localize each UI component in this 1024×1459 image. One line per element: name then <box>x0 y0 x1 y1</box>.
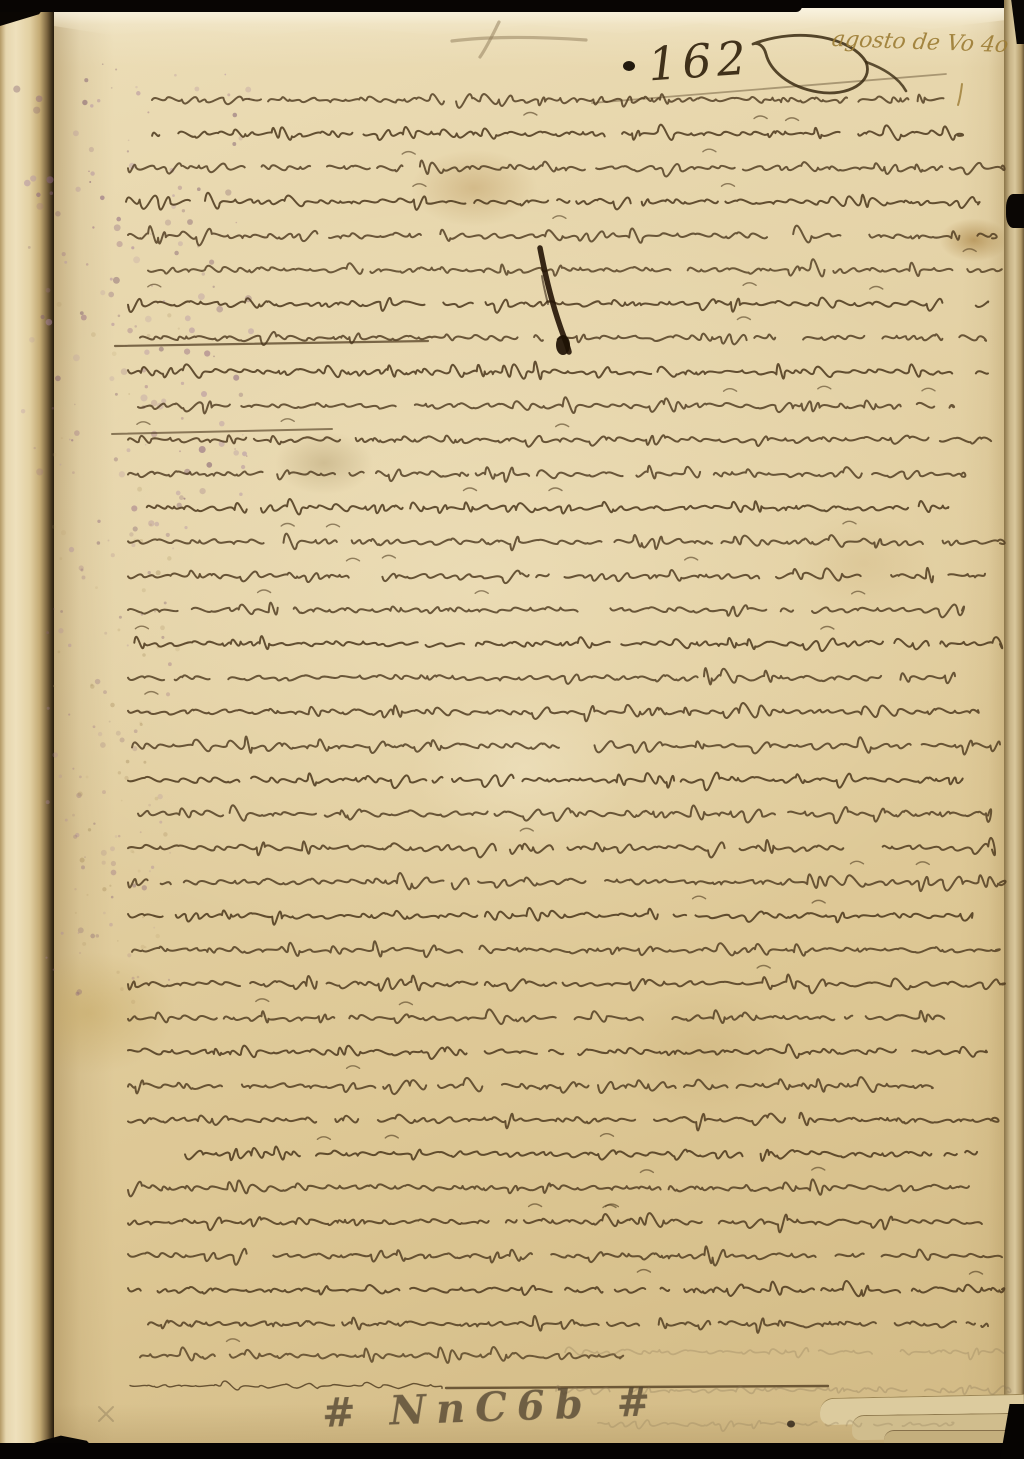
backdrop-bottom-strip <box>0 1443 1024 1459</box>
photographed-manuscript: 162 agosto de Vo 4o # NnC6b # <box>0 0 1024 1459</box>
manuscript-page <box>54 8 1006 1444</box>
backdrop-top-strip <box>0 0 802 12</box>
page-edge-notch <box>1006 194 1024 228</box>
facing-page-edge <box>0 0 54 1459</box>
folio-number: 162 <box>646 30 752 91</box>
